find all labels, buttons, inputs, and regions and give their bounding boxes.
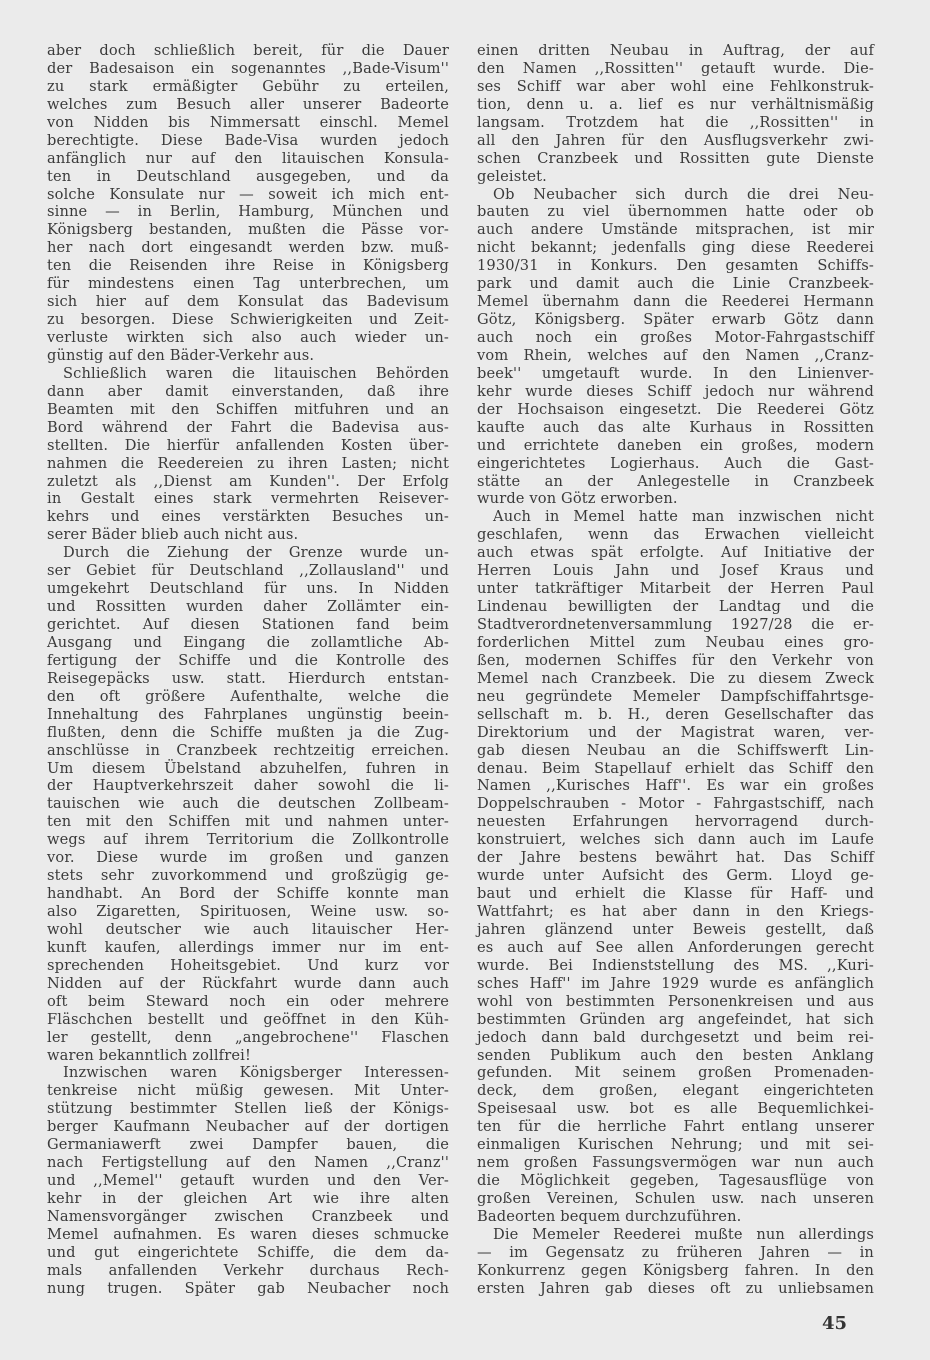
text-line: eingerichtetes Logierhaus. Auch die Gast… (477, 455, 874, 473)
text-line: Speisesaal usw. bot es alle Bequemlichke… (477, 1100, 874, 1118)
text-line: Stadtverordnetenversammlung 1927/28 die … (477, 616, 874, 634)
text-line: neuesten Erfahrungen hervorragend durch- (477, 813, 874, 831)
text-line: — im Gegensatz zu früheren Jahren — in (477, 1244, 874, 1262)
text-line: deck, dem großen, elegant eingerichteten (477, 1082, 874, 1100)
text-line: ten die Reisenden ihre Reise in Königsbe… (47, 257, 449, 275)
text-line: der Jahre bestens bewährt hat. Das Schif… (477, 849, 874, 867)
text-line: nahmen die Reedereien zu ihren Lasten; n… (47, 455, 449, 473)
text-line: kunft kaufen, allerdings immer nur im en… (47, 939, 449, 957)
text-line: sprechenden Hoheitsgebiet. Und kurz vor (47, 957, 449, 975)
text-line: wohl von bestimmten Personenkreisen und … (477, 993, 874, 1011)
right-text-column: einen dritten Neubau in Auftrag, der auf… (477, 42, 874, 1298)
text-line: Memel aufnahmen. Es waren dieses schmuck… (47, 1226, 449, 1244)
text-line: Reisegepäcks usw. statt. Hierdurch entst… (47, 670, 449, 688)
text-line: stellten. Die hierfür anfallenden Kosten… (47, 437, 449, 455)
text-line: bauten zu viel übernommen hatte oder ob (477, 203, 874, 221)
text-line: neu gegründete Memeler Dampfschiffahrtsg… (477, 688, 874, 706)
text-line: Schließlich waren die litauischen Behörd… (47, 365, 449, 383)
text-line: langsam. Trotzdem hat die ,,Rossitten'' … (477, 114, 874, 132)
text-line: ten mit den Schiffen mit und nahmen unte… (47, 813, 449, 831)
text-line: großen Vereinen, Schulen usw. nach unser… (477, 1190, 874, 1208)
text-line: solche Konsulate nur — soweit ich mich e… (47, 186, 449, 204)
text-line: es auch auf See allen Anforderungen gere… (477, 939, 874, 957)
text-line: vom Rhein, welches auf den Namen ,,Cranz… (477, 347, 874, 365)
text-line: oft beim Steward noch ein oder mehrere (47, 993, 449, 1011)
text-line: gab diesen Neubau an die Schiffswerft Li… (477, 742, 874, 760)
document-page: aber doch schließlich bereit, für die Da… (0, 0, 930, 1360)
text-line: auch etwas spät erfolgte. Auf Initiative… (477, 544, 874, 562)
text-line: und errichtete daneben ein großes, moder… (477, 437, 874, 455)
text-line: verluste wirkten sich also auch wieder u… (47, 329, 449, 347)
text-line: und ,,Memel'' getauft wurden und den Ver… (47, 1172, 449, 1190)
text-line: von Nidden bis Nimmersatt einschl. Memel (47, 114, 449, 132)
text-line: der Badesaison ein sogenanntes ,,Bade-Vi… (47, 60, 449, 78)
text-line: mals anfallenden Verkehr durchaus Rech- (47, 1262, 449, 1280)
text-line: berger Kaufmann Neubacher auf der dortig… (47, 1118, 449, 1136)
text-line: nicht bekannt; jedenfalls ging diese Ree… (477, 239, 874, 257)
text-line: 1930/31 in Konkurs. Den gesamten Schiffs… (477, 257, 874, 275)
text-line: zu besorgen. Diese Schwierigkeiten und Z… (47, 311, 449, 329)
text-line: der Hochsaison eingesetzt. Die Reederei … (477, 401, 874, 419)
text-line: den oft größere Aufenthalte, welche die (47, 688, 449, 706)
text-line: Auch in Memel hatte man inzwischen nicht (477, 508, 874, 526)
text-line: vor. Diese wurde im großen und ganzen (47, 849, 449, 867)
text-line: wurde unter Aufsicht des Germ. Lloyd ge- (477, 867, 874, 885)
text-line: wegs auf ihrem Territorium die Zollkontr… (47, 831, 449, 849)
text-line: geschlafen, wenn das Erwachen vielleicht (477, 526, 874, 544)
text-line: Beamten mit den Schiffen mitfuhren und a… (47, 401, 449, 419)
text-line: auch andere Umstände mitsprachen, ist mi… (477, 221, 874, 239)
text-line: Ob Neubacher sich durch die drei Neu- (477, 186, 874, 204)
text-line: gefunden. Mit seinem großen Promenaden- (477, 1064, 874, 1082)
left-text-column: aber doch schließlich bereit, für die Da… (47, 42, 449, 1298)
text-line: fertigung der Schiffe und die Kontrolle … (47, 652, 449, 670)
text-line: den Namen ,,Rossitten'' getauft wurde. D… (477, 60, 874, 78)
text-line: zu stark ermäßigter Gebühr zu erteilen, (47, 78, 449, 96)
text-line: Wattfahrt; es hat aber dann in den Krieg… (477, 903, 874, 921)
text-line: tenkreise nicht müßig gewesen. Mit Unter… (47, 1082, 449, 1100)
text-line: nung trugen. Später gab Neubacher noch (47, 1280, 449, 1298)
text-line: in Gestalt eines stark vermehrten Reisev… (47, 490, 449, 508)
text-line: jahren glänzend unter Beweis gestellt, d… (477, 921, 874, 939)
text-line: bestimmten Gründen arg angefeindet, hat … (477, 1011, 874, 1029)
text-line: ses Schiff war aber wohl eine Fehlkonstr… (477, 78, 874, 96)
text-line: wurde. Bei Indienststellung des MS. ,,Ku… (477, 957, 874, 975)
text-line: ler gestellt, denn „angebrochene'' Flasc… (47, 1029, 449, 1047)
text-line: sinne — in Berlin, Hamburg, München und (47, 203, 449, 221)
text-line: schen Cranzbeek und Rossitten gute Diens… (477, 150, 874, 168)
text-line: sich hier auf dem Konsulat das Badevisum (47, 293, 449, 311)
text-line: Badeorten bequem durchzuführen. (477, 1208, 874, 1226)
text-line: kehrs und eines verstärkten Besuches un- (47, 508, 449, 526)
text-line: günstig auf den Bäder-Verkehr aus. (47, 347, 449, 365)
text-line: Götz, Königsberg. Später erwarb Götz dan… (477, 311, 874, 329)
text-line: kehr wurde dieses Schiff jedoch nur währ… (477, 383, 874, 401)
text-line: Namen ,,Kurisches Haff''. Es war ein gro… (477, 777, 874, 795)
text-line: Nidden auf der Rückfahrt wurde dann auch (47, 975, 449, 993)
text-line: ten für die herrliche Fahrt entlang unse… (477, 1118, 874, 1136)
text-line: tauischen wie auch die deutschen Zollbea… (47, 795, 449, 813)
text-line: also Zigaretten, Spirituosen, Weine usw.… (47, 903, 449, 921)
text-line: Memel übernahm dann die Reederei Hermann (477, 293, 874, 311)
text-line: Die Memeler Reederei mußte nun allerding… (477, 1226, 874, 1244)
text-line: forderlichen Mittel zum Neubau eines gro… (477, 634, 874, 652)
text-line: konstruiert, welches sich dann auch im L… (477, 831, 874, 849)
text-line: einmaligen Kurischen Nehrung; und mit se… (477, 1136, 874, 1154)
text-line: welches zum Besuch aller unserer Badeort… (47, 96, 449, 114)
text-line: baut und erhielt die Klasse für Haff- un… (477, 885, 874, 903)
text-line: für mindestens einen Tag unterbrechen, u… (47, 275, 449, 293)
text-line: ten in Deutschland ausgegeben, und da (47, 168, 449, 186)
text-line: der Hauptverkehrszeit daher sowohl die l… (47, 777, 449, 795)
text-line: handhabt. An Bord der Schiffe konnte man (47, 885, 449, 903)
text-line: Konkurrenz gegen Königsberg fahren. In d… (477, 1262, 874, 1280)
text-line: sellschaft m. b. H., deren Gesellschafte… (477, 706, 874, 724)
text-line: Bord während der Fahrt die Badevisa aus- (47, 419, 449, 437)
text-line: Um diesem Übelstand abzuhelfen, fuhren i… (47, 760, 449, 778)
text-line: Germaniawerft zwei Dampfer bauen, die (47, 1136, 449, 1154)
text-line: all den Jahren für den Ausflugsverkehr z… (477, 132, 874, 150)
text-line: einen dritten Neubau in Auftrag, der auf (477, 42, 874, 60)
text-line: flußten, denn die Schiffe mußten ja die … (47, 724, 449, 742)
text-line: anschlüsse in Cranzbeek rechtzeitig erre… (47, 742, 449, 760)
text-line: stätte an der Anlegestelle in Cranzbeek (477, 473, 874, 491)
text-line: denau. Beim Stapellauf erhielt das Schif… (477, 760, 874, 778)
text-line: stets sehr zuvorkommend und großzügig ge… (47, 867, 449, 885)
text-line: Innehaltung des Fahrplanes ungünstig bee… (47, 706, 449, 724)
text-line: die Möglichkeit gegeben, Tagesausflüge v… (477, 1172, 874, 1190)
text-line: park und damit auch die Linie Cranzbeek- (477, 275, 874, 293)
text-line: umgekehrt Deutschland für uns. In Nidden (47, 580, 449, 598)
text-line: aber doch schließlich bereit, für die Da… (47, 42, 449, 60)
text-line: Ausgang und Eingang die zollamtliche Ab- (47, 634, 449, 652)
text-line: dann aber damit einverstanden, daß ihre (47, 383, 449, 401)
text-line: nem großen Fassungsvermögen war nun auch (477, 1154, 874, 1172)
text-line: kehr in der gleichen Art wie ihre alten (47, 1190, 449, 1208)
text-line: Lindenau bewilligten der Landtag und die (477, 598, 874, 616)
text-line: sches Haff'' im Jahre 1929 wurde es anfä… (477, 975, 874, 993)
text-line: geleistet. (477, 168, 874, 186)
text-line: tion, denn u. a. lief es nur verhältnism… (477, 96, 874, 114)
text-line: her nach dort eingesandt werden bzw. muß… (47, 239, 449, 257)
text-line: Inzwischen waren Königsberger Interessen… (47, 1064, 449, 1082)
text-line: stützung bestimmter Stellen ließ der Kön… (47, 1100, 449, 1118)
text-line: berechtigte. Diese Bade-Visa wurden jedo… (47, 132, 449, 150)
text-line: waren bekanntlich zollfrei! (47, 1047, 449, 1065)
text-line: und Rossitten wurden daher Zollämter ein… (47, 598, 449, 616)
text-line: wohl deutscher wie auch litauischer Her- (47, 921, 449, 939)
text-line: Königsberg bestanden, mußten die Pässe v… (47, 221, 449, 239)
text-line: Direktorium und der Magistrat waren, ver… (477, 724, 874, 742)
text-line: zuletzt als ,,Dienst am Kunden''. Der Er… (47, 473, 449, 491)
text-line: ser Gebiet für Deutschland ,,Zollausland… (47, 562, 449, 580)
text-line: ßen, modernen Schiffes für den Verkehr v… (477, 652, 874, 670)
text-line: beek'' umgetauft wurde. In den Linienver… (477, 365, 874, 383)
text-line: senden Publikum auch den besten Anklang (477, 1047, 874, 1065)
text-line: Herren Louis Jahn und Josef Kraus und (477, 562, 874, 580)
text-line: gerichtet. Auf diesen Stationen fand bei… (47, 616, 449, 634)
text-line: kaufte auch das alte Kurhaus in Rossitte… (477, 419, 874, 437)
text-line: Doppelschrauben - Motor - Fahrgastschiff… (477, 795, 874, 813)
text-line: serer Bäder blieb auch nicht aus. (47, 526, 449, 544)
text-line: Fläschchen bestellt und geöffnet in den … (47, 1011, 449, 1029)
text-line: unter tatkräftiger Mitarbeit der Herren … (477, 580, 874, 598)
text-line: Namensvorgänger zwischen Cranzbeek und (47, 1208, 449, 1226)
text-line: nach Fertigstellung auf den Namen ,,Cran… (47, 1154, 449, 1172)
text-line: Durch die Ziehung der Grenze wurde un- (47, 544, 449, 562)
page-number: 45 (822, 1313, 847, 1334)
text-line: Memel nach Cranzbeek. Die zu diesem Zwec… (477, 670, 874, 688)
text-line: jedoch dann bald durchgesetzt und beim r… (477, 1029, 874, 1047)
text-line: auch noch ein großes Motor-Fahrgastschif… (477, 329, 874, 347)
text-line: ersten Jahren gab dieses oft zu unliebsa… (477, 1280, 874, 1298)
text-line: und gut eingerichtete Schiffe, die dem d… (47, 1244, 449, 1262)
text-line: wurde von Götz erworben. (477, 490, 874, 508)
text-line: anfänglich nur auf den litauischen Konsu… (47, 150, 449, 168)
